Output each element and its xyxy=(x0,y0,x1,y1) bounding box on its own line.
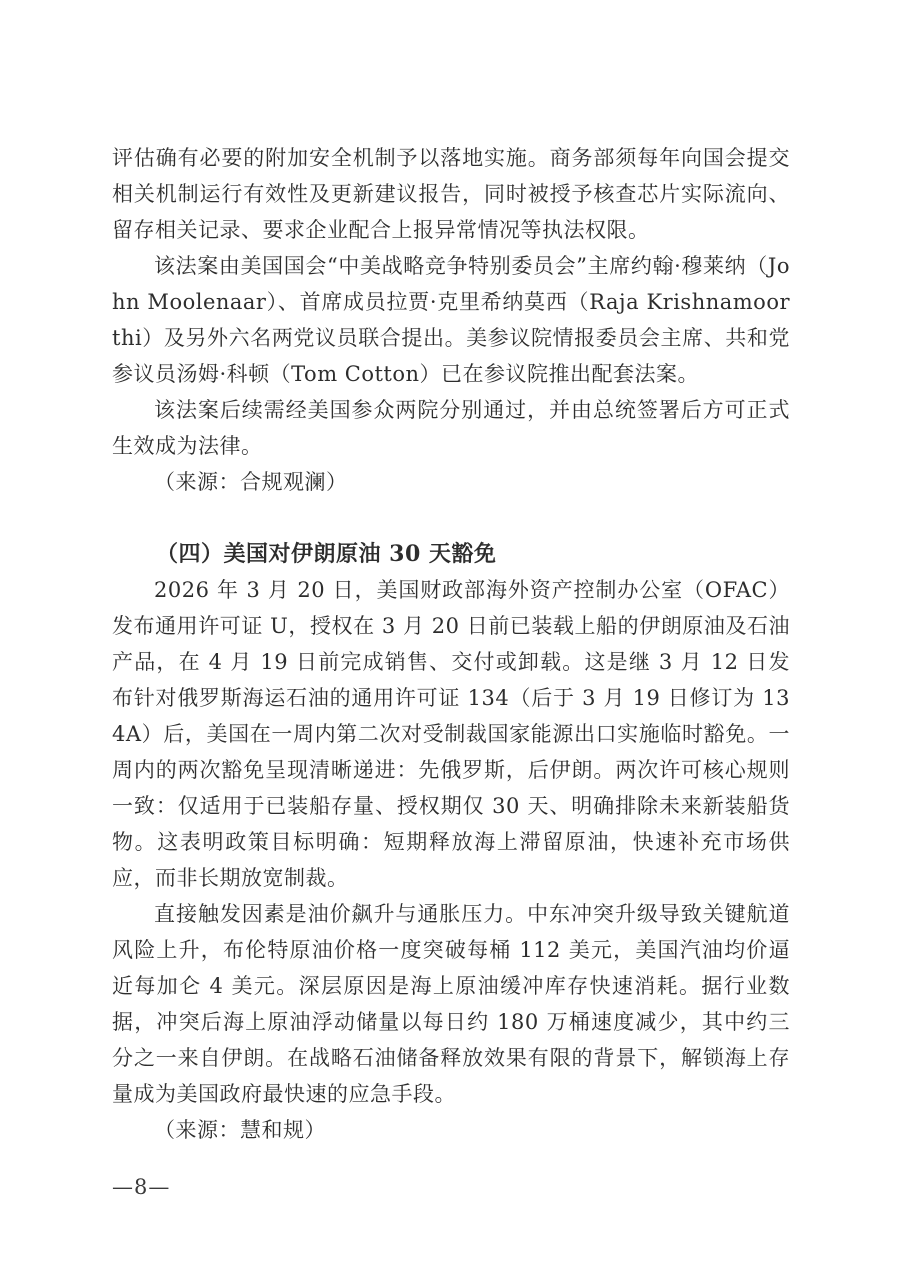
page-number: —8— xyxy=(112,1172,170,1202)
paragraph-iran-license: 2026 年 3 月 20 日，美国财政部海外资产控制办公室（OFAC）发布通用… xyxy=(112,572,790,896)
source-line-iran: （来源：慧和规） xyxy=(112,1112,790,1148)
document-content: 评估确有必要的附加安全机制予以落地实施。商务部须每年向国会提交相关机制运行有效性… xyxy=(112,140,790,1148)
paragraph-bill-sponsors: 该法案由美国国会“中美战略竞争特别委员会”主席约翰·穆莱纳（John Moole… xyxy=(112,248,790,392)
section-heading-iran-waiver: （四）美国对伊朗原油 30 天豁免 xyxy=(112,536,790,572)
source-line-bill: （来源：合规观澜） xyxy=(112,464,790,500)
paragraph-continuation: 评估确有必要的附加安全机制予以落地实施。商务部须每年向国会提交相关机制运行有效性… xyxy=(112,140,790,248)
paragraph-bill-process: 该法案后续需经美国参众两院分别通过，并由总统签署后方可正式生效成为法律。 xyxy=(112,392,790,464)
paragraph-iran-trigger: 直接触发因素是油价飙升与通胀压力。中东冲突升级导致关键航道风险上升，布伦特原油价… xyxy=(112,896,790,1112)
document-page: 评估确有必要的附加安全机制予以落地实施。商务部须每年向国会提交相关机制运行有效性… xyxy=(0,0,900,1272)
